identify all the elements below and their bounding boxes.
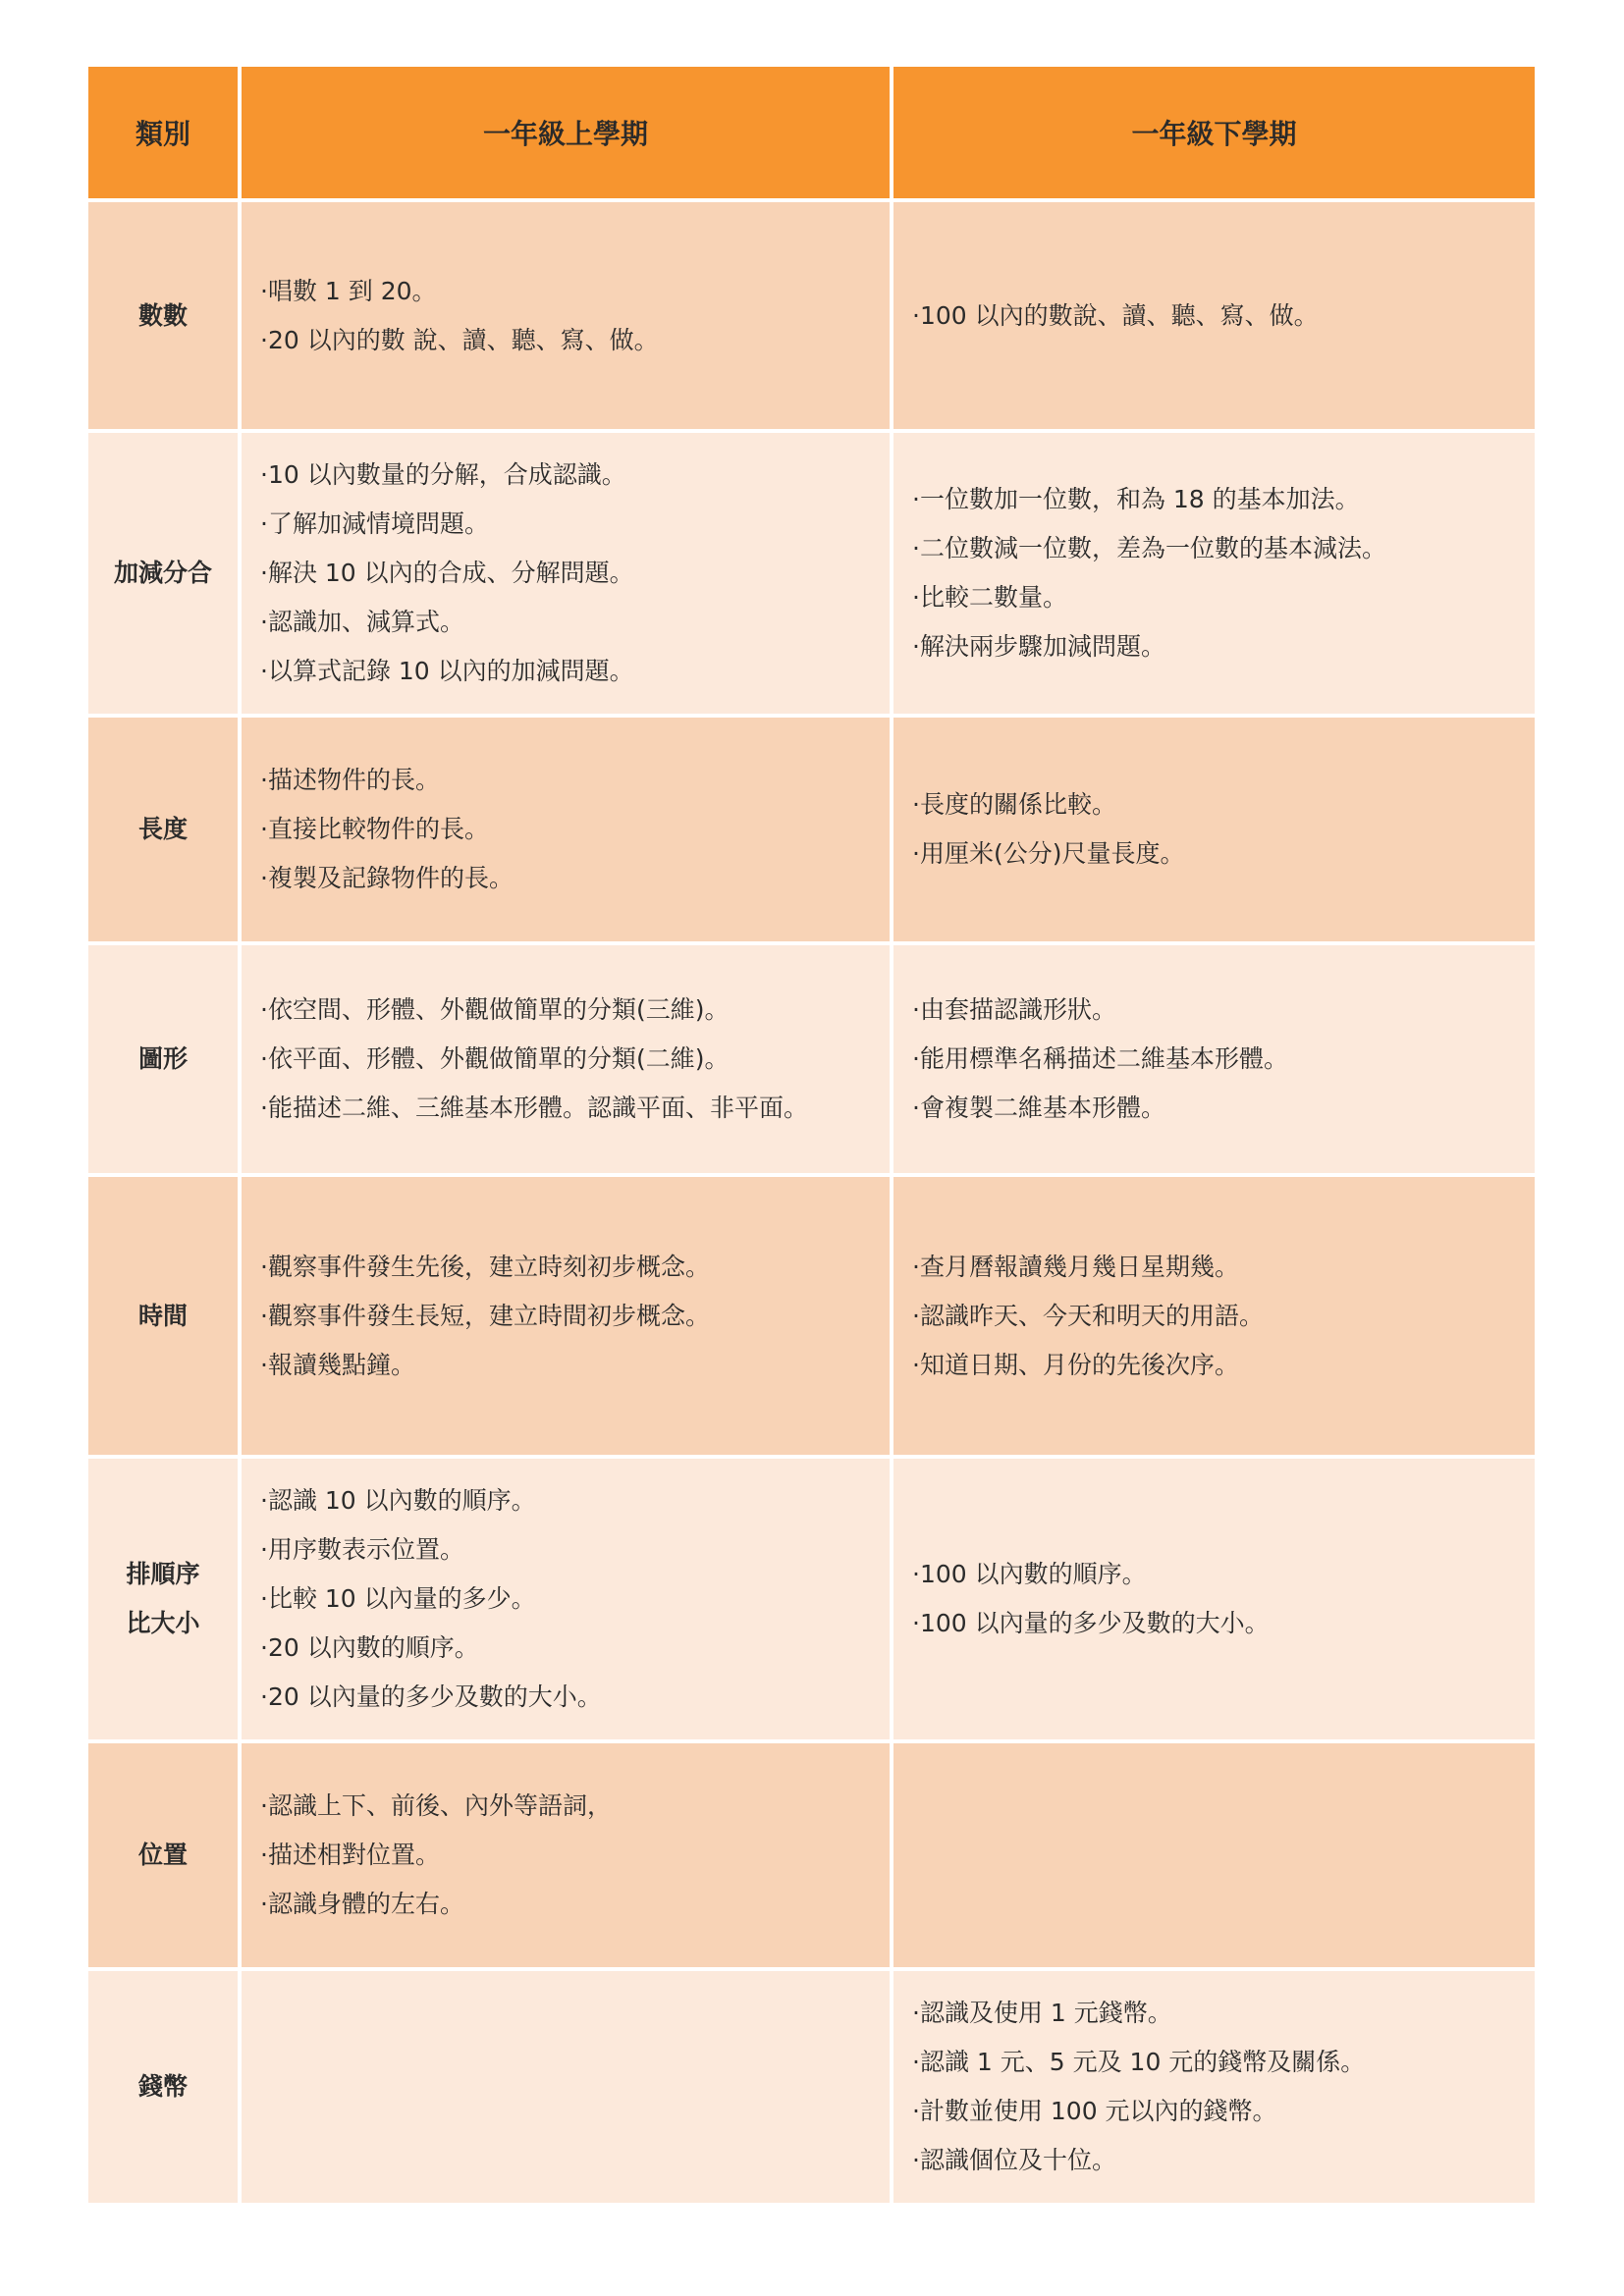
- list-item: ·認識 10 以內數的順序。: [260, 1476, 890, 1525]
- semester-1-cell: ·10 以內數量的分解，合成認識。 ·了解加減情境問題。 ·解決 10 以內的合…: [242, 433, 890, 714]
- semester-1-cell: ·依空間、形體、外觀做簡單的分類(三維)。 ·依平面、形體、外觀做簡單的分類(二…: [242, 945, 890, 1173]
- list-item: ·20 以內量的多少及數的大小。: [260, 1673, 890, 1722]
- table-row: 錢幣 ·認識及使用 1 元錢幣。 ·認識 1 元、5 元及 10 元的錢幣及關係…: [88, 1971, 1535, 2203]
- table-row: 加減分合 ·10 以內數量的分解，合成認識。 ·了解加減情境問題。 ·解決 10…: [88, 433, 1535, 714]
- row-category: 長度: [88, 718, 238, 941]
- list-item: ·認識個位及十位。: [912, 2136, 1535, 2185]
- header-semester-1: 一年級上學期: [242, 67, 890, 198]
- semester-2-cell: ·長度的關係比較。 ·用厘米(公分)尺量長度。: [893, 718, 1535, 941]
- table-row: 時間 ·觀察事件發生先後，建立時刻初步概念。 ·觀察事件發生長短，建立時間初步概…: [88, 1177, 1535, 1455]
- list-item: ·依空間、形體、外觀做簡單的分類(三維)。: [260, 986, 890, 1035]
- table-row: 數數 ·唱數 1 到 20。 ·20 以內的數 說、讀、聽、寫、做。 ·100 …: [88, 202, 1535, 429]
- semester-1-cell: ·認識上下、前後、內外等語詞， ·描述相對位置。 ·認識身體的左右。: [242, 1743, 890, 1967]
- table-row: 長度 ·描述物件的長。 ·直接比較物件的長。 ·複製及記錄物件的長。 ·長度的關…: [88, 718, 1535, 941]
- category-label: 比大小: [126, 1599, 199, 1648]
- list-item: ·了解加減情境問題。: [260, 500, 890, 549]
- semester-2-cell: ·認識及使用 1 元錢幣。 ·認識 1 元、5 元及 10 元的錢幣及關係。 ·…: [893, 1971, 1535, 2203]
- list-item: ·10 以內數量的分解，合成認識。: [260, 451, 890, 500]
- list-item: ·二位數減一位數，差為一位數的基本減法。: [912, 524, 1535, 573]
- semester-2-cell: ·100 以內的數說、讀、聽、寫、做。: [893, 202, 1535, 429]
- category-label: 時間: [138, 1292, 188, 1341]
- category-label: 長度: [138, 805, 188, 854]
- row-category: 數數: [88, 202, 238, 429]
- list-item: ·複製及記錄物件的長。: [260, 854, 890, 903]
- list-item: ·20 以內的數 說、讀、聽、寫、做。: [260, 316, 890, 365]
- semester-2-cell: [893, 1743, 1535, 1967]
- list-item: ·計數並使用 100 元以內的錢幣。: [912, 2087, 1535, 2136]
- list-item: ·唱數 1 到 20。: [260, 267, 890, 316]
- category-label: 位置: [138, 1831, 188, 1880]
- list-item: ·能描述二維、三維基本形體。認識平面、非平面。: [260, 1084, 890, 1133]
- list-item: ·認識加、減算式。: [260, 598, 890, 647]
- list-item: ·長度的關係比較。: [912, 780, 1535, 829]
- list-item: ·描述相對位置。: [260, 1831, 890, 1880]
- list-item: ·認識身體的左右。: [260, 1880, 890, 1929]
- list-item: ·比較 10 以內量的多少。: [260, 1575, 890, 1624]
- list-item: ·查月曆報讀幾月幾日星期幾。: [912, 1243, 1535, 1292]
- table-row: 位置 ·認識上下、前後、內外等語詞， ·描述相對位置。 ·認識身體的左右。: [88, 1743, 1535, 1967]
- row-category: 錢幣: [88, 1971, 238, 2203]
- semester-1-cell: ·描述物件的長。 ·直接比較物件的長。 ·複製及記錄物件的長。: [242, 718, 890, 941]
- list-item: ·認識及使用 1 元錢幣。: [912, 1989, 1535, 2038]
- row-category: 位置: [88, 1743, 238, 1967]
- list-item: ·100 以內數的順序。: [912, 1550, 1535, 1599]
- semester-2-cell: ·100 以內數的順序。 ·100 以內量的多少及數的大小。: [893, 1459, 1535, 1739]
- list-item: ·直接比較物件的長。: [260, 805, 890, 854]
- list-item: ·以算式記錄 10 以內的加減問題。: [260, 647, 890, 696]
- list-item: ·一位數加一位數，和為 18 的基本加法。: [912, 475, 1535, 524]
- list-item: ·能用標準名稱描述二維基本形體。: [912, 1035, 1535, 1084]
- category-label: 數數: [138, 292, 188, 341]
- list-item: ·觀察事件發生長短，建立時間初步概念。: [260, 1292, 890, 1341]
- list-item: ·20 以內數的順序。: [260, 1624, 890, 1673]
- list-item: ·解決兩步驟加減問題。: [912, 622, 1535, 671]
- list-item: ·100 以內量的多少及數的大小。: [912, 1599, 1535, 1648]
- row-category: 排順序 比大小: [88, 1459, 238, 1739]
- list-item: ·解決 10 以內的合成、分解問題。: [260, 549, 890, 598]
- category-label: 錢幣: [138, 2062, 188, 2111]
- row-category: 加減分合: [88, 433, 238, 714]
- list-item: ·依平面、形體、外觀做簡單的分類(二維)。: [260, 1035, 890, 1084]
- list-item: ·比較二數量。: [912, 573, 1535, 622]
- list-item: ·報讀幾點鐘。: [260, 1341, 890, 1390]
- semester-2-cell: ·由套描認識形狀。 ·能用標準名稱描述二維基本形體。 ·會複製二維基本形體。: [893, 945, 1535, 1173]
- list-item: ·觀察事件發生先後，建立時刻初步概念。: [260, 1243, 890, 1292]
- header-semester-2: 一年級下學期: [893, 67, 1535, 198]
- list-item: ·用厘米(公分)尺量長度。: [912, 829, 1535, 879]
- table-row: 排順序 比大小 ·認識 10 以內數的順序。 ·用序數表示位置。 ·比較 10 …: [88, 1459, 1535, 1739]
- list-item: ·用序數表示位置。: [260, 1525, 890, 1575]
- row-category: 時間: [88, 1177, 238, 1455]
- semester-1-cell: ·觀察事件發生先後，建立時刻初步概念。 ·觀察事件發生長短，建立時間初步概念。 …: [242, 1177, 890, 1455]
- row-category: 圖形: [88, 945, 238, 1173]
- list-item: ·100 以內的數說、讀、聽、寫、做。: [912, 292, 1535, 341]
- list-item: ·認識昨天、今天和明天的用語。: [912, 1292, 1535, 1341]
- list-item: ·知道日期、月份的先後次序。: [912, 1341, 1535, 1390]
- list-item: ·認識上下、前後、內外等語詞，: [260, 1782, 890, 1831]
- table-row: 圖形 ·依空間、形體、外觀做簡單的分類(三維)。 ·依平面、形體、外觀做簡單的分…: [88, 945, 1535, 1173]
- category-label: 加減分合: [114, 549, 212, 598]
- table-header-row: 類別 一年級上學期 一年級下學期: [88, 67, 1535, 198]
- list-item: ·認識 1 元、5 元及 10 元的錢幣及關係。: [912, 2038, 1535, 2087]
- list-item: ·會複製二維基本形體。: [912, 1084, 1535, 1133]
- category-label: 圖形: [138, 1035, 188, 1084]
- list-item: ·描述物件的長。: [260, 756, 890, 805]
- semester-1-cell: ·認識 10 以內數的順序。 ·用序數表示位置。 ·比較 10 以內量的多少。 …: [242, 1459, 890, 1739]
- list-item: ·由套描認識形狀。: [912, 986, 1535, 1035]
- curriculum-table: 類別 一年級上學期 一年級下學期 數數 ·唱數 1 到 20。 ·20 以內的數…: [88, 67, 1535, 2207]
- semester-2-cell: ·查月曆報讀幾月幾日星期幾。 ·認識昨天、今天和明天的用語。 ·知道日期、月份的…: [893, 1177, 1535, 1455]
- semester-2-cell: ·一位數加一位數，和為 18 的基本加法。 ·二位數減一位數，差為一位數的基本減…: [893, 433, 1535, 714]
- semester-1-cell: ·唱數 1 到 20。 ·20 以內的數 說、讀、聽、寫、做。: [242, 202, 890, 429]
- category-label: 排順序: [126, 1550, 199, 1599]
- semester-1-cell: [242, 1971, 890, 2203]
- header-category: 類別: [88, 67, 238, 198]
